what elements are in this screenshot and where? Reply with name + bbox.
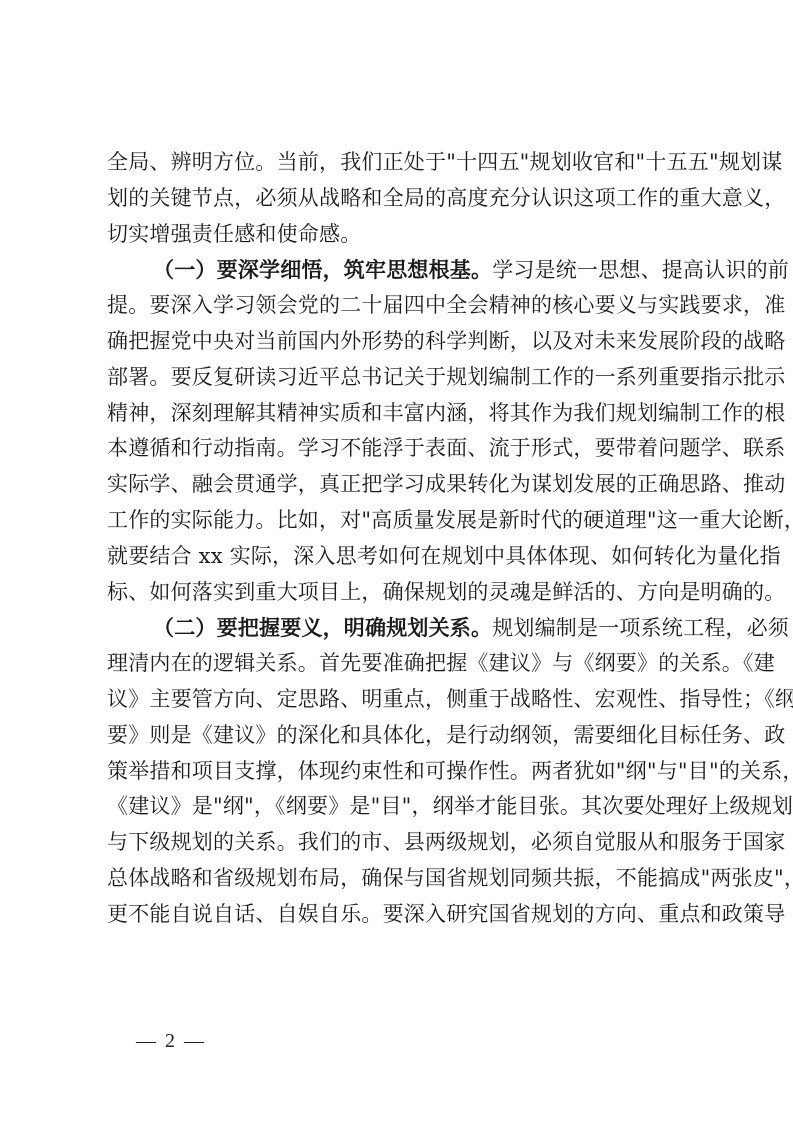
text-line: 划的关键节点，必须从战略和全局的高度充分认识这项工作的重大意义， [107, 181, 691, 217]
text-line: 理清内在的逻辑关系。首先要准确把握《建议》与《纲要》的关系。《建 [107, 646, 691, 682]
document-body: 全局、辨明方位。当前，我们正处于"十四五"规划收官和"十五五"规划谋 划的关键节… [107, 145, 691, 933]
text-line: 切实增强责任感和使命感。 [107, 217, 691, 253]
text-line: 精神，深刻理解其精神实质和丰富内涵，将其作为我们规划编制工作的根 [107, 396, 691, 432]
section-text: 规划编制是一项系统工程，必须 [492, 616, 789, 640]
text-line: 确把握党中央对当前国内外形势的科学判断，以及对未来发展阶段的战略 [107, 324, 691, 360]
text-line: 要》则是《建议》的深化和具体化，是行动纲领，需要细化目标任务、政 [107, 718, 691, 754]
text-line: 实际学、融会贯通学，真正把学习成果转化为谋划发展的正确思路、推动 [107, 467, 691, 503]
text-line: 本遵循和行动指南。学习不能浮于表面、流于形式，要带着问题学、联系 [107, 431, 691, 467]
page-number: — 2 — [136, 1030, 206, 1053]
document-page: 全局、辨明方位。当前，我们正处于"十四五"规划收官和"十五五"规划谋 划的关键节… [0, 0, 793, 1122]
section-heading-1: （一）要深学细悟，筑牢思想根基。 [153, 257, 492, 282]
text-line: 与下级规划的关系。我们的市、县两级规划，必须自觉服从和服务于国家 [107, 825, 691, 861]
section-text: 学习是统一思想、提高认识的前 [492, 258, 789, 282]
text-line: 全局、辨明方位。当前，我们正处于"十四五"规划收官和"十五五"规划谋 [107, 145, 691, 181]
section-heading-line-2: （二）要把握要义，明确规划关系。规划编制是一项系统工程，必须 [107, 610, 691, 646]
section-heading-line-1: （一）要深学细悟，筑牢思想根基。学习是统一思想、提高认识的前 [107, 252, 691, 288]
text-line: 议》主要管方向、定思路、明重点，侧重于战略性、宏观性、指导性；《纲 [107, 682, 691, 718]
text-line: 更不能自说自话、自娱自乐。要深入研究国省规划的方向、重点和政策导 [107, 897, 691, 933]
text-line: 《建议》是"纲"，《纲要》是"目"，纲举才能目张。其次要处理好上级规划 [107, 789, 691, 825]
text-line: 部署。要反复研读习近平总书记关于规划编制工作的一系列重要指示批示 [107, 360, 691, 396]
text-line: 工作的实际能力。比如，对"高质量发展是新时代的硬道理"这一重大论断， [107, 503, 691, 539]
text-line: 总体战略和省级规划布局，确保与国省规划同频共振，不能搞成"两张皮"， [107, 861, 691, 897]
text-line: 就要结合 xx 实际，深入思考如何在规划中具体体现、如何转化为量化指 [107, 539, 691, 575]
text-line: 提。要深入学习领会党的二十届四中全会精神的核心要义与实践要求，准 [107, 288, 691, 324]
text-line: 策举措和项目支撑，体现约束性和可操作性。两者犹如"纲"与"目"的关系， [107, 754, 691, 790]
text-line: 标、如何落实到重大项目上，确保规划的灵魂是鲜活的、方向是明确的。 [107, 575, 691, 611]
section-heading-2: （二）要把握要义，明确规划关系。 [153, 615, 492, 640]
